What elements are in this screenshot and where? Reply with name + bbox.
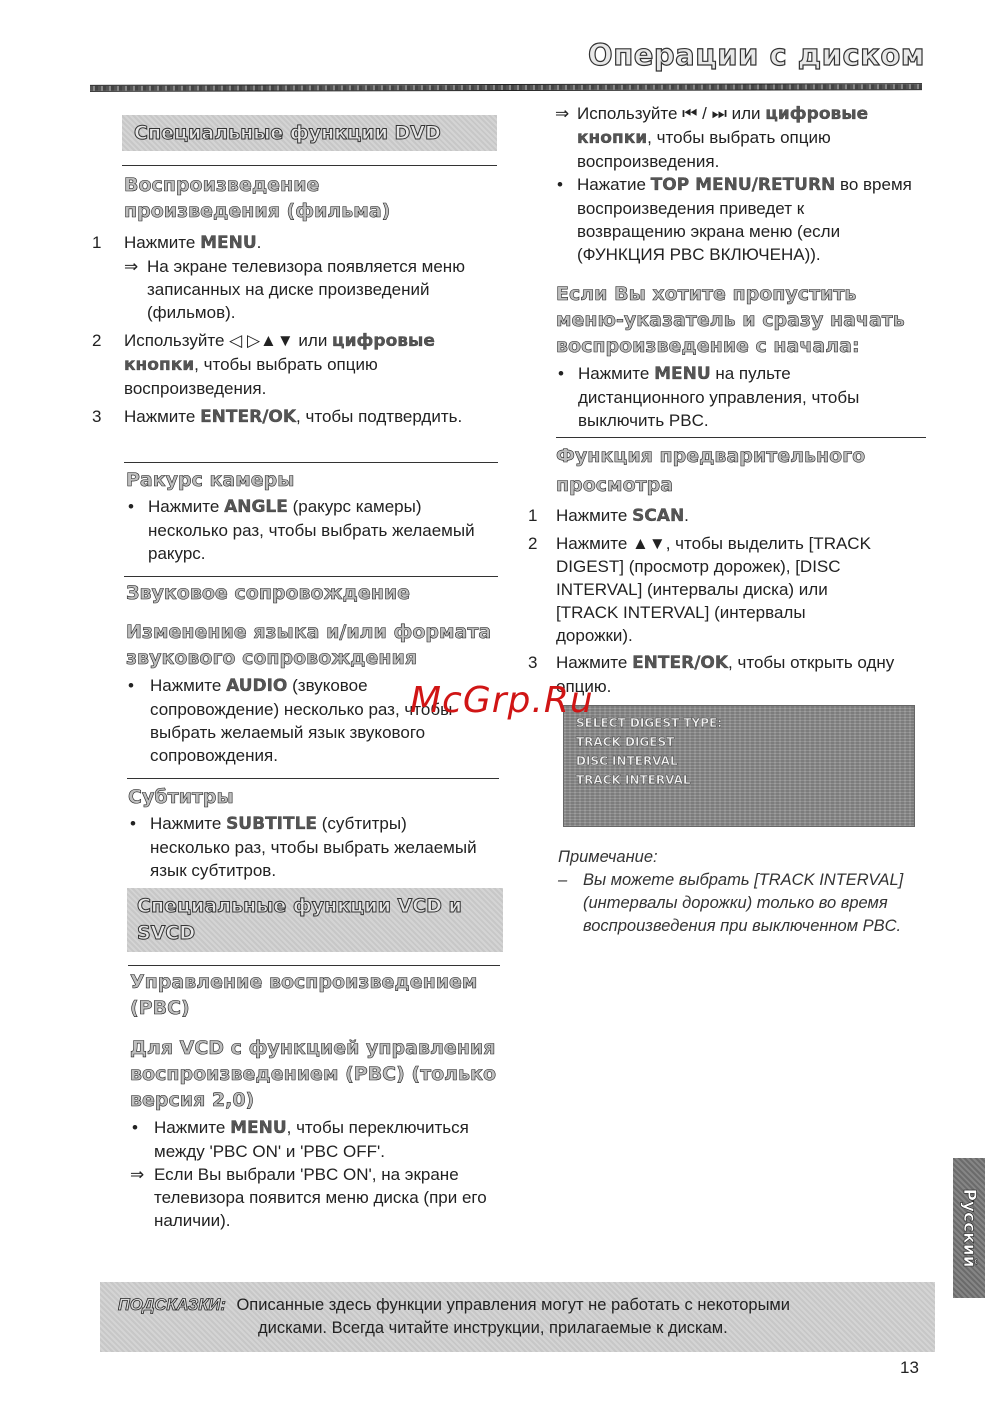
result-item: ⇒ На экране телевизора появляется меню з… [92,255,502,324]
preview-section: Функция предварительного просмотра 1 Наж… [524,442,924,698]
tips-line2: дисками. Всегда читайте инструкции, прил… [100,1317,935,1340]
step-number: 3 [92,405,101,428]
note-section: Примечание: – Вы можете выбрать [TRACK I… [558,846,928,938]
divider [127,778,499,779]
preview-heading: Функция предварительного просмотра [524,442,886,500]
key-label: MENU [654,364,711,384]
skip-heading: Если Вы хотите пропустить меню-указатель… [556,281,928,359]
pbc-subheading: Для VCD с функцией управления воспроизве… [130,1035,500,1113]
note-item: – Вы можете выбрать [TRACK INTERVAL] (ин… [558,869,923,938]
tips-box: ПОДСКАЗКИ: Описанные здесь функции управ… [100,1282,935,1352]
bullet-icon: • [558,362,564,385]
bullet-item: • Нажмите ANGLE (ракурс камеры) нескольк… [126,495,506,565]
arrow-icon: ⇒ [124,255,138,278]
step-item: 2 Используйте ◁ ▷▲▼ или цифровые кнопки,… [92,329,502,400]
bullet-text: Нажмите [148,497,224,516]
section-box-dvd-title: Специальные функции DVD [122,115,497,151]
step-text: Нажмите [556,506,632,525]
nav-section: ⇒ Используйте ⏮ / ⏭ или цифровые кнопки,… [555,102,925,266]
result-item: ⇒ Используйте ⏮ / ⏭ или цифровые кнопки,… [555,102,917,173]
bullet-text: Нажмите [150,676,226,695]
pbc-section: Управление воспроизведением (PBC) Для VC… [130,969,505,1232]
osd-menu-item: TRACK DIGEST [564,733,914,752]
tips-line1: Описанные здесь функции управления могут… [236,1296,790,1314]
page-number: 13 [900,1358,919,1378]
playback-heading: Воспроизведение произведения (фильма) [92,172,502,224]
angle-heading: Ракурс камеры [126,467,506,493]
bullet-item: • Нажмите SUBTITLE (субтитры) несколько … [128,812,480,882]
divider [124,576,498,577]
bullet-icon: • [128,674,134,697]
title-rule [90,83,922,92]
step-text: Используйте ◁ ▷▲▼ или [124,331,332,350]
step-text: , чтобы подтвердить. [296,407,462,426]
step-number: 3 [528,651,537,674]
osd-menu-item: TRACK INTERVAL [564,771,914,790]
step-text: Нажмите [124,407,200,426]
key-label: SUBTITLE [226,814,317,834]
step-number: 1 [92,231,101,254]
arrow-icon: ⇒ [130,1163,144,1186]
key-label: ANGLE [224,497,288,517]
bullet-text: Нажмите [150,814,226,833]
step-text: . [684,506,689,525]
step-item: 2 Нажмите ▲▼, чтобы выделить [TRACK DIGE… [524,532,886,647]
playback-heading-line2: произведения (фильма) [124,198,502,224]
key-label: ENTER/OK [200,407,296,427]
section-box-dvd: Специальные функции DVD [122,115,497,151]
dash-icon: – [558,869,567,892]
divider [122,165,497,166]
arrow-icon: ⇒ [555,102,569,125]
subtitles-section: Субтитры • Нажмите SUBTITLE (субтитры) н… [128,784,508,882]
divider [124,462,498,463]
note-text: Вы можете выбрать [TRACK INTERVAL] (инте… [583,871,903,935]
bullet-icon: • [128,495,134,518]
pbc-heading: Управление воспроизведением (PBC) [130,969,500,1021]
step-item: 1 Нажмите MENU. [92,231,502,255]
key-label: TOP MENU/RETURN [651,175,836,195]
osd-digest-menu: SELECT DIGEST TYPE: TRACK DIGEST DISC IN… [563,705,915,827]
bullet-item: • Нажатие TOP MENU/RETURN во время воспр… [555,173,917,266]
bullet-text: Нажмите [578,364,654,383]
step-number: 2 [92,329,101,352]
bullet-text: Нажатие [577,175,651,194]
step-number: 2 [528,532,537,555]
result-text: Используйте ⏮ / ⏭ или [577,104,765,123]
step-text: . [257,233,262,252]
result-text: На экране телевизора появляется меню зап… [147,257,465,322]
audio-section: Звуковое сопровождение Изменение языка и… [126,580,506,767]
bullet-text: Нажмите [154,1118,230,1137]
key-label: MENU [200,233,257,253]
result-item: ⇒ Если Вы выбрали 'PBC ON', на экране те… [130,1163,504,1232]
step-text: Нажмите ▲▼, чтобы выделить [TRACK DIGEST… [556,534,871,645]
divider [556,437,926,438]
bullet-item: • Нажмите MENU, чтобы переключиться межд… [130,1116,484,1163]
step-item: 3 Нажмите ENTER/OK, чтобы подтвердить. [92,405,502,429]
angle-section: Ракурс камеры • Нажмите ANGLE (ракурс ка… [126,467,506,565]
note-label: Примечание: [558,846,928,869]
page-title: Операции с диском [560,38,925,72]
playback-heading-line1: Воспроизведение [124,172,502,198]
osd-menu-title: SELECT DIGEST TYPE: [564,714,914,733]
playback-section: Воспроизведение произведения (фильма) 1 … [92,172,502,429]
step-text: Нажмите [124,233,200,252]
audio-heading: Звуковое сопровождение [126,580,506,606]
key-label: SCAN [632,506,684,526]
step-item: 1 Нажмите SCAN. [524,504,924,528]
language-tab-label: Русский [959,1188,979,1267]
result-text: Если Вы выбрали 'PBC ON', на экране теле… [154,1165,487,1230]
language-tab: Русский [953,1158,985,1298]
audio-subheading: Изменение языка и/или формата звукового … [126,619,496,671]
watermark: McGrp.Ru [410,680,594,721]
bullet-icon: • [132,1116,138,1139]
key-label: ENTER/OK [632,653,728,673]
tips-label: ПОДСКАЗКИ: [118,1296,226,1314]
step-text: Нажмите [556,653,632,672]
skip-section: Если Вы хотите пропустить меню-указатель… [556,281,931,432]
section-box-vcd: Специальные функции VCD и SVCD [127,888,503,952]
divider [128,965,500,966]
key-label: AUDIO [226,676,287,696]
key-label: MENU [230,1118,287,1138]
step-number: 1 [528,504,537,527]
bullet-icon: • [130,812,136,835]
osd-menu-item: DISC INTERVAL [564,752,914,771]
bullet-icon: • [557,173,563,196]
section-box-vcd-title: Специальные функции VCD и SVCD [127,888,503,947]
subtitles-heading: Субтитры [128,784,508,810]
bullet-item: • Нажмите MENU на пульте дистанционного … [556,362,918,432]
